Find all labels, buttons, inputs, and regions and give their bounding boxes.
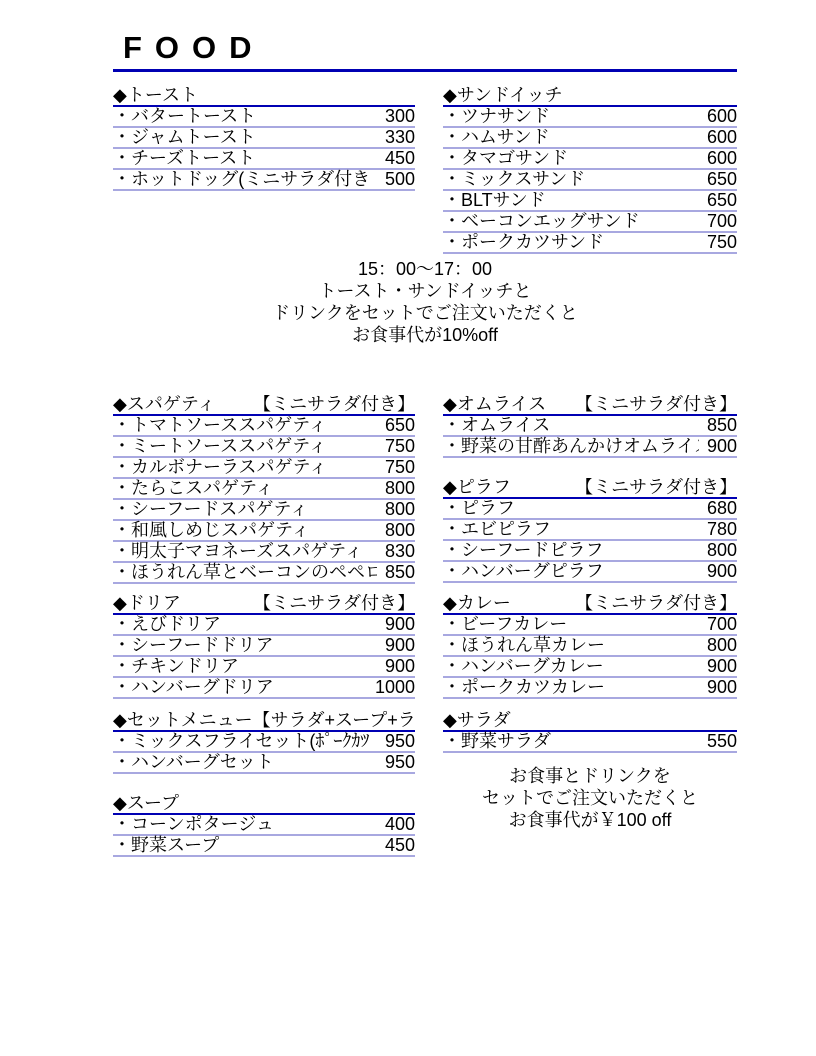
menu-item-price: 900 <box>707 561 737 581</box>
menu-item-price: 950 <box>385 752 415 772</box>
afternoon-set-note: 15：00～17：00 トースト・サンドイッチと ドリンクをセットでご注文いただ… <box>113 258 737 346</box>
menu-item-name: ・ハンバーグドリア <box>113 677 367 697</box>
page-title: FOOD <box>123 30 737 66</box>
section-curry-title: ◆カレー <box>443 594 511 613</box>
menu-item-price: 1000 <box>375 677 415 697</box>
menu-item-price: 750 <box>385 436 415 456</box>
section-setmenu-items: ・ミックスフライセット(ﾎﾟｰｸｶﾂ 950 ・ハンバーグセット 950 <box>113 732 415 774</box>
section-omurice-title: ◆オムライス <box>443 395 546 414</box>
note-line: お食事代が￥100 off <box>443 809 737 831</box>
menu-item-row: ・ビーフカレー 700 <box>443 615 737 636</box>
menu-item-name: ・ミックスフライセット(ﾎﾟｰｸｶﾂ <box>113 731 377 751</box>
section-toast-title: ◆トースト <box>113 86 198 105</box>
section-setmenu-header: ◆セットメニュー 【サラダ+スープ+ライス】 <box>113 711 415 732</box>
menu-item-row: ・和風しめじスパゲティ 800 <box>113 521 415 542</box>
menu-item-row: ・エビピラフ 780 <box>443 520 737 541</box>
menu-item-price: 900 <box>385 635 415 655</box>
menu-item-name: ・ポークカツサンド <box>443 232 699 252</box>
menu-item-price: 850 <box>707 415 737 435</box>
menu-item-name: ・バタートースト <box>113 106 377 126</box>
section-doria: ◆ドリア 【ミニサラダ付き】 ・えびドリア 900 ・シーフードドリア 900 … <box>113 594 415 699</box>
menu-item-price: 900 <box>707 656 737 676</box>
menu-item-row: ・ハンバーグドリア 1000 <box>113 678 415 699</box>
menu-item-row: ・明太子マヨネーズスパゲティ 830 <box>113 542 415 563</box>
section-curry-header: ◆カレー 【ミニサラダ付き】 <box>443 594 737 615</box>
section-soup: ◆スープ ・コーンポタージュ 400 ・野菜スープ 450 <box>113 794 415 857</box>
menu-item-name: ・ポークカツカレー <box>443 677 699 697</box>
menu-item-name: ・コーンポタージュ <box>113 814 377 834</box>
menu-item-price: 850 <box>385 562 415 582</box>
section-doria-header: ◆ドリア 【ミニサラダ付き】 <box>113 594 415 615</box>
menu-item-row: ・オムライス 850 <box>443 416 737 437</box>
section-pilaf-items: ・ピラフ 680 ・エビピラフ 780 ・シーフードピラフ 800 ・ハンバーグ… <box>443 499 737 583</box>
menu-item-price: 550 <box>707 731 737 751</box>
menu-item-row: ・ミートソーススパゲティ 750 <box>113 437 415 458</box>
menu-item-price: 780 <box>707 519 737 539</box>
menu-item-price: 950 <box>385 731 415 751</box>
column-block1-right: ◆サンドイッチ ・ツナサンド 600 ・ハムサンド 600 ・タマゴサンド 60… <box>443 86 737 254</box>
menu-item-name: ・野菜スープ <box>113 835 377 855</box>
menu-item-row: ・シーフードスパゲティ 800 <box>113 500 415 521</box>
menu-item-name: ・ほうれん草とベーコンのペペロンチーノ <box>113 562 377 582</box>
menu-item-price: 900 <box>707 436 737 456</box>
menu-item-name: ・野菜の甘酢あんかけオムライス <box>443 436 699 456</box>
section-doria-suffix: 【ミニサラダ付き】 <box>253 594 415 613</box>
menu-item-name: ・ビーフカレー <box>443 614 699 634</box>
menu-item-row: ・野菜スープ 450 <box>113 836 415 857</box>
section-sandwich: ◆サンドイッチ ・ツナサンド 600 ・ハムサンド 600 ・タマゴサンド 60… <box>443 86 737 254</box>
section-omurice-suffix: 【ミニサラダ付き】 <box>575 395 737 414</box>
section-curry: ◆カレー 【ミニサラダ付き】 ・ビーフカレー 700 ・ほうれん草カレー 800… <box>443 594 737 699</box>
menu-item-row: ・ジャムトースト 330 <box>113 128 415 149</box>
menu-item-price: 680 <box>707 498 737 518</box>
menu-item-name: ・ピラフ <box>443 498 699 518</box>
menu-item-row: ・ハンバーグセット 950 <box>113 753 415 774</box>
menu-item-price: 830 <box>385 541 415 561</box>
menu-item-name: ・えびドリア <box>113 614 377 634</box>
section-toast-items: ・バタートースト 300 ・ジャムトースト 330 ・チーズトースト 450 ・… <box>113 107 415 191</box>
menu-item-row: ・ハンバーグカレー 900 <box>443 657 737 678</box>
section-omurice-items: ・オムライス 850 ・野菜の甘酢あんかけオムライス 900 <box>443 416 737 458</box>
section-curry-suffix: 【ミニサラダ付き】 <box>575 594 737 613</box>
section-doria-items: ・えびドリア 900 ・シーフードドリア 900 ・チキンドリア 900 ・ハン… <box>113 615 415 699</box>
menu-item-name: ・たらこスパゲティ <box>113 478 377 498</box>
menu-item-row: ・チーズトースト 450 <box>113 149 415 170</box>
section-salad-items: ・野菜サラダ 550 <box>443 732 737 753</box>
section-salad-title: ◆サラダ <box>443 711 511 730</box>
menu-item-name: ・ベーコンエッグサンド <box>443 211 699 231</box>
menu-item-row: ・野菜の甘酢あんかけオムライス 900 <box>443 437 737 458</box>
section-sandwich-title: ◆サンドイッチ <box>443 86 563 105</box>
menu-item-name: ・シーフードドリア <box>113 635 377 655</box>
menu-item-row: ・ミックスサンド 650 <box>443 170 737 191</box>
menu-item-price: 450 <box>385 835 415 855</box>
menu-item-price: 700 <box>707 614 737 634</box>
section-soup-items: ・コーンポタージュ 400 ・野菜スープ 450 <box>113 815 415 857</box>
menu-item-price: 300 <box>385 106 415 126</box>
menu-item-price: 600 <box>707 106 737 126</box>
menu-item-price: 700 <box>707 211 737 231</box>
note-line: トースト・サンドイッチと <box>113 280 737 302</box>
menu-item-name: ・トマトソーススパゲティ <box>113 415 377 435</box>
menu-item-row: ・ピラフ 680 <box>443 499 737 520</box>
menu-item-name: ・ホットドッグ(ミニサラダ付き <box>113 169 377 189</box>
menu-item-name: ・野菜サラダ <box>443 731 699 751</box>
menu-item-name: ・シーフードスパゲティ <box>113 499 377 519</box>
menu-item-name: ・明太子マヨネーズスパゲティ <box>113 541 377 561</box>
section-salad: ◆サラダ ・野菜サラダ 550 <box>443 711 737 753</box>
menu-item-row: ・コーンポタージュ 400 <box>113 815 415 836</box>
menu-item-name: ・カルボナーラスパゲティ <box>113 457 377 477</box>
menu-item-row: ・ハムサンド 600 <box>443 128 737 149</box>
menu-item-name: ・ハンバーグピラフ <box>443 561 699 581</box>
menu-item-price: 800 <box>707 635 737 655</box>
menu-item-row: ・シーフードドリア 900 <box>113 636 415 657</box>
menu-item-row: ・ツナサンド 600 <box>443 107 737 128</box>
menu-item-price: 800 <box>385 499 415 519</box>
menu-item-price: 400 <box>385 814 415 834</box>
section-sandwich-items: ・ツナサンド 600 ・ハムサンド 600 ・タマゴサンド 600 ・ミックスサ… <box>443 107 737 254</box>
menu-item-name: ・シーフードピラフ <box>443 540 699 560</box>
menu-item-name: ・ツナサンド <box>443 106 699 126</box>
menu-item-row: ・シーフードピラフ 800 <box>443 541 737 562</box>
section-pilaf: ◆ピラフ 【ミニサラダ付き】 ・ピラフ 680 ・エビピラフ 780 ・シーフー… <box>443 478 737 583</box>
section-pilaf-header: ◆ピラフ 【ミニサラダ付き】 <box>443 478 737 499</box>
menu-item-price: 450 <box>385 148 415 168</box>
menu-item-row: ・ベーコンエッグサンド 700 <box>443 212 737 233</box>
menu-item-row: ・BLTサンド 650 <box>443 191 737 212</box>
section-spaghetti: ◆スパゲティ 【ミニサラダ付き】 ・トマトソーススパゲティ 650 ・ミートソー… <box>113 395 415 584</box>
section-spaghetti-suffix: 【ミニサラダ付き】 <box>253 395 415 414</box>
menu-item-name: ・BLTサンド <box>443 190 699 210</box>
menu-item-row: ・ホットドッグ(ミニサラダ付き 500 <box>113 170 415 191</box>
menu-item-name: ・和風しめじスパゲティ <box>113 520 377 540</box>
menu-item-name: ・ミートソーススパゲティ <box>113 436 377 456</box>
menu-item-row: ・えびドリア 900 <box>113 615 415 636</box>
menu-item-row: ・バタートースト 300 <box>113 107 415 128</box>
section-omurice: ◆オムライス 【ミニサラダ付き】 ・オムライス 850 ・野菜の甘酢あんかけオム… <box>443 395 737 458</box>
section-curry-items: ・ビーフカレー 700 ・ほうれん草カレー 800 ・ハンバーグカレー 900 … <box>443 615 737 699</box>
column-block1-left: ◆トースト ・バタートースト 300 ・ジャムトースト 330 ・チーズトースト… <box>113 86 415 191</box>
menu-item-name: ・ハンバーグセット <box>113 752 377 772</box>
menu-item-row: ・カルボナーラスパゲティ 750 <box>113 458 415 479</box>
section-setmenu: ◆セットメニュー 【サラダ+スープ+ライス】 ・ミックスフライセット(ﾎﾟｰｸｶ… <box>113 711 415 774</box>
menu-item-row: ・ほうれん草カレー 800 <box>443 636 737 657</box>
menu-item-row: ・チキンドリア 900 <box>113 657 415 678</box>
section-soup-title: ◆スープ <box>113 794 179 813</box>
note-line: ドリンクをセットでご注文いただくと <box>113 302 737 324</box>
menu-item-price: 900 <box>385 656 415 676</box>
menu-item-price: 650 <box>385 415 415 435</box>
menu-item-name: ・ハムサンド <box>443 127 699 147</box>
menu-item-price: 330 <box>385 127 415 147</box>
section-omurice-header: ◆オムライス 【ミニサラダ付き】 <box>443 395 737 416</box>
column-block2-right: ◆オムライス 【ミニサラダ付き】 ・オムライス 850 ・野菜の甘酢あんかけオム… <box>443 395 737 831</box>
page-title-block: FOOD <box>113 30 737 72</box>
menu-item-row: ・ほうれん草とベーコンのペペロンチーノ 850 <box>113 563 415 584</box>
note-line: お食事とドリンクを <box>443 765 737 787</box>
section-pilaf-suffix: 【ミニサラダ付き】 <box>575 478 737 497</box>
menu-item-row: ・たらこスパゲティ 800 <box>113 479 415 500</box>
section-spaghetti-items: ・トマトソーススパゲティ 650 ・ミートソーススパゲティ 750 ・カルボナー… <box>113 416 415 584</box>
section-toast-header: ◆トースト <box>113 86 415 107</box>
section-sandwich-header: ◆サンドイッチ <box>443 86 737 107</box>
section-doria-title: ◆ドリア <box>113 594 181 613</box>
menu-item-price: 800 <box>385 520 415 540</box>
menu-item-price: 900 <box>707 677 737 697</box>
menu-item-row: ・ミックスフライセット(ﾎﾟｰｸｶﾂ 950 <box>113 732 415 753</box>
menu-item-row: ・野菜サラダ 550 <box>443 732 737 753</box>
menu-item-price: 600 <box>707 127 737 147</box>
menu-item-price: 650 <box>707 169 737 189</box>
menu-item-name: ・ハンバーグカレー <box>443 656 699 676</box>
menu-item-name: ・エビピラフ <box>443 519 699 539</box>
column-block2-left: ◆スパゲティ 【ミニサラダ付き】 ・トマトソーススパゲティ 650 ・ミートソー… <box>113 395 415 857</box>
drink-set-note: お食事とドリンクを セットでご注文いただくと お食事代が￥100 off <box>443 765 737 831</box>
menu-item-price: 500 <box>385 169 415 189</box>
menu-item-name: ・チーズトースト <box>113 148 377 168</box>
menu-item-price: 650 <box>707 190 737 210</box>
menu-item-price: 750 <box>385 457 415 477</box>
section-spaghetti-title: ◆スパゲティ <box>113 395 215 414</box>
menu-item-row: ・ハンバーグピラフ 900 <box>443 562 737 583</box>
menu-item-name: ・ジャムトースト <box>113 127 377 147</box>
menu-item-price: 600 <box>707 148 737 168</box>
menu-item-price: 900 <box>385 614 415 634</box>
menu-item-name: ・ミックスサンド <box>443 169 699 189</box>
section-pilaf-title: ◆ピラフ <box>443 478 511 497</box>
menu-item-row: ・ポークカツカレー 900 <box>443 678 737 699</box>
menu-item-name: ・ほうれん草カレー <box>443 635 699 655</box>
menu-item-name: ・チキンドリア <box>113 656 377 676</box>
menu-item-row: ・ポークカツサンド 750 <box>443 233 737 254</box>
menu-item-price: 800 <box>707 540 737 560</box>
note-line: 15：00～17：00 <box>113 258 737 280</box>
note-line: お食事代が10%off <box>113 324 737 346</box>
section-setmenu-title: ◆セットメニュー <box>113 711 253 730</box>
menu-item-price: 800 <box>385 478 415 498</box>
section-spaghetti-header: ◆スパゲティ 【ミニサラダ付き】 <box>113 395 415 416</box>
note-line: セットでご注文いただくと <box>443 787 737 809</box>
menu-item-price: 750 <box>707 232 737 252</box>
menu-item-row: ・タマゴサンド 600 <box>443 149 737 170</box>
section-setmenu-suffix: 【サラダ+スープ+ライス】 <box>253 711 415 730</box>
section-salad-header: ◆サラダ <box>443 711 737 732</box>
menu-item-name: ・オムライス <box>443 415 699 435</box>
section-soup-header: ◆スープ <box>113 794 415 815</box>
section-toast: ◆トースト ・バタートースト 300 ・ジャムトースト 330 ・チーズトースト… <box>113 86 415 191</box>
menu-item-name: ・タマゴサンド <box>443 148 699 168</box>
menu-item-row: ・トマトソーススパゲティ 650 <box>113 416 415 437</box>
